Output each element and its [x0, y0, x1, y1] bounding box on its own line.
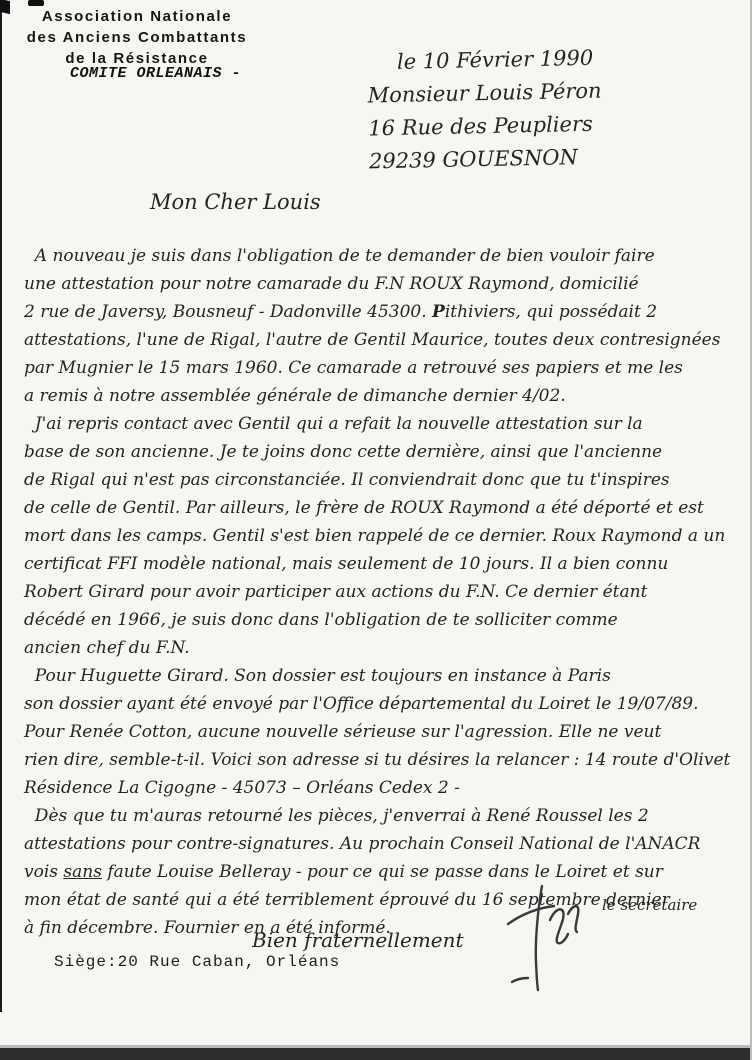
letter-line: 2 rue de Javersy, Bousneuf - Dadonville …: [24, 298, 738, 326]
scan-edge-left: [0, 0, 2, 1012]
letter-line: décédé en 1966, je suis donc dans l'obli…: [24, 606, 738, 634]
scan-edge-bottom-line: [0, 1045, 752, 1048]
letter-line: rien dire, semble-t-il. Voici son adress…: [24, 746, 738, 774]
letter-line: Dès que tu m'auras retourné les pièces, …: [24, 802, 738, 830]
letter-line: a remis à notre assemblée générale de di…: [24, 382, 738, 410]
letter-line: Pour Renée Cotton, aucune nouvelle série…: [24, 718, 738, 746]
letter-line: vois sans faute Louise Belleray - pour c…: [24, 858, 738, 886]
letter-line: attestations, l'une de Rigal, l'autre de…: [24, 326, 738, 354]
letter-line: par Mugnier le 15 mars 1960. Ce camarade…: [24, 354, 738, 382]
letter-line: certificat FFI modèle national, mais seu…: [24, 550, 738, 578]
closing: Bien fraternellement: [252, 928, 464, 952]
letter-line: une attestation pour notre camarade du F…: [24, 270, 738, 298]
letter-line: base de son ancienne. Je te joins donc c…: [24, 438, 738, 466]
letter-line: de celle de Gentil. Par ailleurs, le frè…: [24, 494, 738, 522]
letter-line: son dossier ayant été envoyé par l'Offic…: [24, 690, 738, 718]
salutation: Mon Cher Louis: [150, 190, 321, 214]
scan-edge-bottom: [0, 1048, 752, 1060]
date-address-line: 29239 GOUESNON: [369, 141, 604, 179]
letter-line: attestations pour contre-signatures. Au …: [24, 830, 738, 858]
letter-body: A nouveau je suis dans l'obligation de t…: [24, 242, 738, 942]
signature-note: le secrétaire: [602, 896, 697, 914]
letter-line: A nouveau je suis dans l'obligation de t…: [24, 242, 738, 270]
letter-page: Association Nationaledes Anciens Combatt…: [0, 0, 752, 1060]
date-address-line: 16 Rue des Peupliers: [368, 108, 603, 146]
committee-label: COMITE ORLEANAIS -: [70, 65, 241, 82]
signature: [498, 878, 608, 996]
date-address-line: le 10 Février 1990: [397, 42, 602, 79]
letter-line: J'ai repris contact avec Gentil qui a re…: [24, 410, 738, 438]
letter-line: de Rigal qui n'est pas circonstanciée. I…: [24, 466, 738, 494]
letter-line: ancien chef du F.N.: [24, 634, 738, 662]
letterhead: Association Nationaledes Anciens Combatt…: [8, 6, 266, 69]
letter-line: Pour Huguette Girard. Son dossier est to…: [24, 662, 738, 690]
letter-line: Robert Girard pour avoir participer aux …: [24, 578, 738, 606]
date-address-block: le 10 Février 1990Monsieur Louis Péron16…: [367, 42, 604, 179]
letter-line: mort dans les camps. Gentil s'est bien r…: [24, 522, 738, 550]
org-name-line: Association Nationale: [8, 6, 266, 27]
letter-line: Résidence La Cigogne - 45073 – Orléans C…: [24, 774, 738, 802]
org-name-line: des Anciens Combattants: [8, 27, 266, 48]
footer-address: Siège:20 Rue Caban, Orléans: [54, 953, 340, 971]
date-address-line: Monsieur Louis Péron: [367, 75, 602, 113]
